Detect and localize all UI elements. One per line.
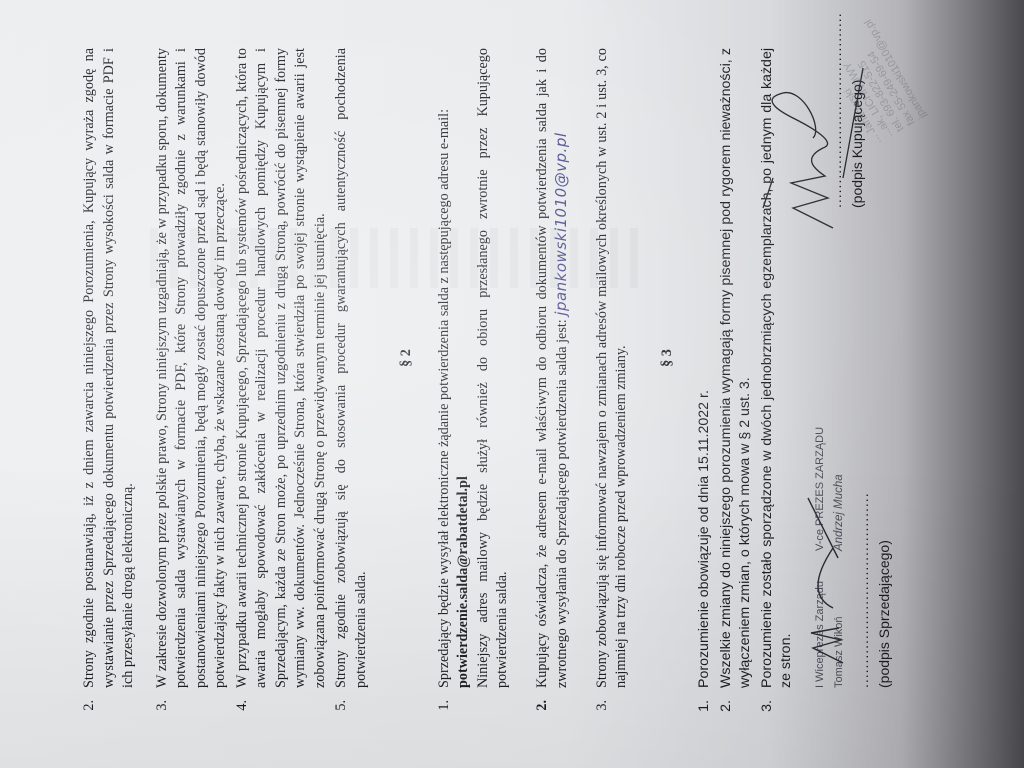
- item-number: 3.: [758, 700, 778, 728]
- section3-item-1: 1. Porozumienie obowiązuje od dnia 15.11…: [695, 48, 715, 728]
- buyer-handwritten-email: jpankowski1010@vp.pl: [552, 132, 570, 315]
- item-text: Wszelkie zmiany do niniejszego porozumie…: [718, 48, 754, 688]
- signature-area: I Wiceprezes Zarządu Tomasz Wikoń V-ce P…: [801, 48, 911, 728]
- section1-item-4: 4. W przypadku awarii technicznej po str…: [233, 48, 331, 728]
- section2-item-2: 2. Kupujący oświadcza, że adresem e-mail…: [533, 48, 573, 728]
- item-number: 1.: [435, 700, 455, 728]
- section2-heading: § 2: [397, 48, 417, 668]
- item-number: 2.: [717, 700, 737, 728]
- item-number: 5.: [332, 700, 352, 728]
- seller-signature-icon: [803, 468, 863, 668]
- section3-heading: § 3: [658, 48, 678, 668]
- section1-item-5: 5. Strony zgodnie zobowiązują się do sto…: [332, 48, 371, 728]
- item-text: Strony zgodnie zobowiązują się do stosow…: [333, 48, 369, 688]
- item-number: 2.: [533, 700, 553, 728]
- item-text: Strony zgodnie postanawiają, iż z dniem …: [81, 48, 136, 688]
- section1-list: 2. Strony zgodnie postanawiają, iż z dni…: [80, 48, 371, 728]
- document-content: 2. Strony zgodnie postanawiają, iż z dni…: [80, 48, 911, 728]
- seller-email: potwierdzenie.salda@rabatdetal.pl: [455, 476, 471, 688]
- item-text: W przypadku awarii technicznej po stroni…: [234, 48, 328, 688]
- item-number: 2.: [80, 700, 100, 728]
- item-number: 1.: [695, 700, 715, 728]
- item-text: Porozumienie obowiązuje od dnia 15.11.20…: [696, 390, 712, 688]
- section1-item-2: 2. Strony zgodnie postanawiają, iż z dni…: [80, 48, 139, 728]
- item-number: 4.: [233, 700, 253, 728]
- item-number: 3.: [153, 700, 173, 728]
- seller-signature-caption: (podpis Sprzedającego): [875, 428, 895, 688]
- seller-signature-block: I Wiceprezes Zarządu Tomasz Wikoń V-ce P…: [811, 428, 895, 688]
- section2-item-3: 3. Strony zobowiązują się informować naw…: [593, 48, 632, 728]
- section3-item-2: 2. Wszelkie zmiany do niniejszego porozu…: [717, 48, 756, 728]
- section2-list: 1. Sprzedający będzie wysyłał elektronic…: [435, 48, 632, 728]
- item-text-continued: Niniejszy adres mailowy będzie służył ró…: [475, 48, 511, 688]
- item-text: Sprzedający będzie wysyłał elektroniczne…: [436, 109, 452, 688]
- item-text: Strony zobowiązują się informować nawzaj…: [594, 48, 630, 688]
- item-text: W zakresie dozwolonym przez polskie praw…: [154, 48, 229, 688]
- item-number: 3.: [593, 700, 613, 728]
- document-page: 2. Strony zgodnie postanawiają, iż z dni…: [0, 0, 1024, 768]
- section2-item-1: 1. Sprzedający będzie wysyłał elektronic…: [435, 48, 513, 728]
- section1-item-3: 3. W zakresie dozwolonym przez polskie p…: [153, 48, 231, 728]
